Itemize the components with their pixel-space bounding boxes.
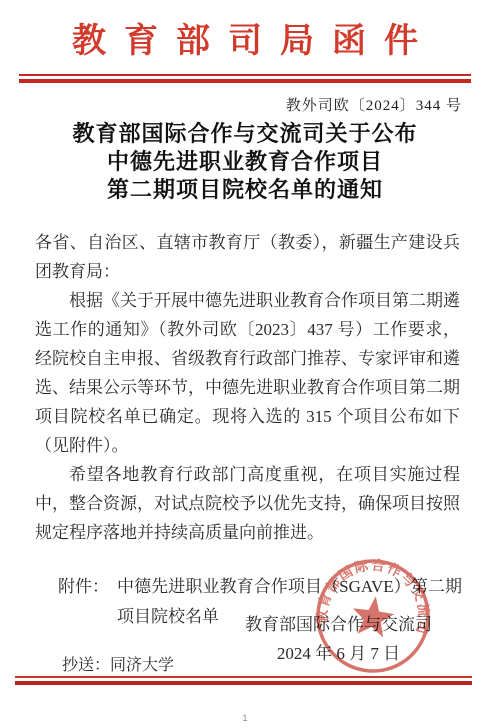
salutation: 各省、自治区、直辖市教育厅（教委），新疆生产建设兵团教育局： — [35, 228, 460, 286]
body-paragraph-1: 根据《关于开展中德先进职业教育合作项目第二期遴选工作的通知》（教外司欧〔2023… — [35, 286, 460, 460]
notice-title: 教育部国际合作与交流司关于公布 中德先进职业教育合作项目 第二期项目院校名单的通… — [0, 120, 490, 204]
document-page: 教育部司局函件 教外司欧〔2024〕344 号 教育部国际合作与交流司关于公布 … — [0, 0, 490, 728]
doc-number: 教外司欧〔2024〕344 号 — [0, 94, 490, 115]
notice-title-line-3: 第二期项目院校名单的通知 — [0, 176, 490, 204]
letterhead-divider — [19, 74, 471, 83]
body-paragraph-2: 希望各地教育行政部门高度重视，在项目实施过程中，整合资源，对试点院校予以优先支持… — [35, 460, 460, 547]
letterhead-rule-thick — [19, 79, 471, 83]
notice-title-line-2: 中德先进职业教育合作项目 — [0, 148, 490, 176]
footer-rule-thin — [15, 676, 472, 678]
signature-block: 教育部国际合作与交流司 2024 年 6 月 7 日 — [245, 610, 432, 668]
notice-title-line-1: 教育部国际合作与交流司关于公布 — [0, 120, 490, 148]
page-number: 1 — [0, 713, 490, 723]
attachment-label: 附件： — [58, 572, 109, 632]
signature-organization: 教育部国际合作与交流司 — [245, 610, 432, 639]
notice-body: 各省、自治区、直辖市教育厅（教委），新疆生产建设兵团教育局： 根据《关于开展中德… — [35, 228, 460, 547]
signature-date: 2024 年 6 月 7 日 — [245, 639, 432, 668]
footer-rule-thick — [15, 681, 472, 685]
letterhead-title: 教育部司局函件 — [0, 0, 490, 62]
